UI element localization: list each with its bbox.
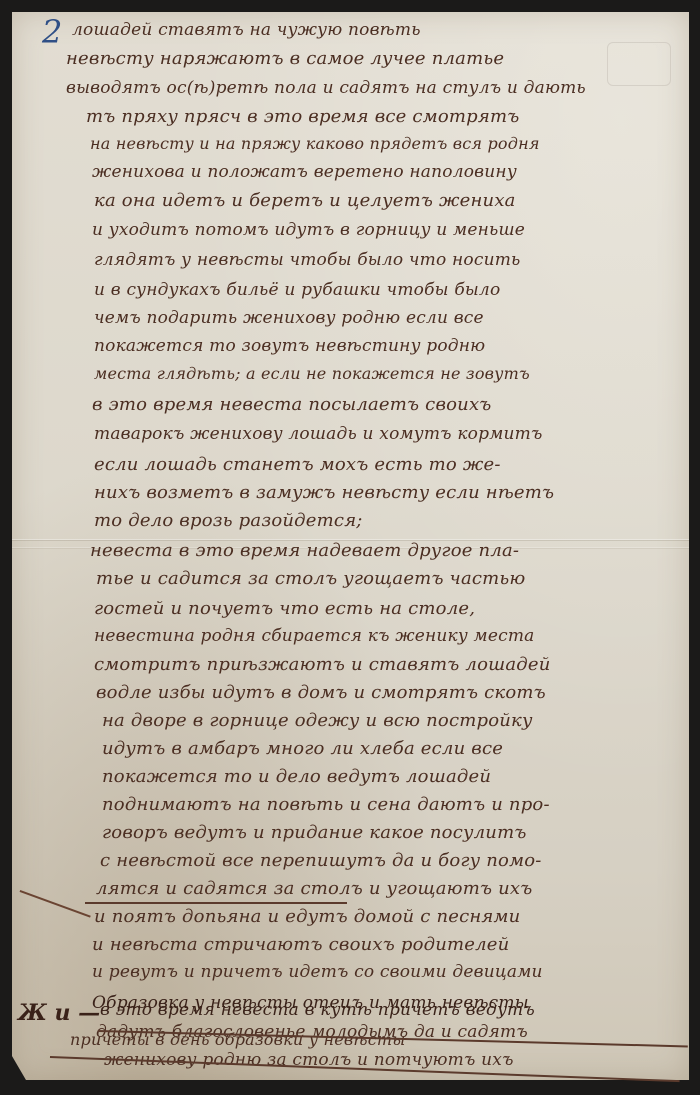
text-line: лятся и садятся за столъ и угощаютъ ихъ: [96, 880, 532, 898]
text-line: невестина родня сбирается къ женику мест…: [94, 628, 534, 645]
text-line: говоръ ведутъ и придание какое посулитъ: [102, 824, 527, 842]
text-line: места глядѣть; а если не покажется не зо…: [94, 366, 530, 382]
text-line: невѣсту наряжаютъ в самое лучее платье: [66, 50, 504, 68]
text-line: женихова и положатъ веретено наполовину: [92, 164, 517, 181]
text-line: поднимаютъ на повѣть и сена даютъ и про-: [102, 796, 550, 814]
library-stamp-watermark: [607, 42, 671, 86]
text-line: с невѣстой все перепишутъ да и богу помо…: [100, 852, 542, 870]
text-line: и в сундукахъ бильё и рубашки чтобы было: [94, 282, 500, 299]
text-line: и ревутъ и причетъ идетъ со своими девиц…: [92, 964, 543, 981]
text-line: таварокъ женихову лошадь и хомутъ кормит…: [94, 426, 542, 443]
text-line: тъ пряху прясч в это время все смотрятъ: [86, 108, 519, 126]
text-line: и невѣста стричаютъ своихъ родителей: [92, 936, 509, 954]
text-line: водле избы идутъ в домъ и смотрятъ скотъ: [96, 684, 546, 702]
text-line: чемъ подарить женихову родню если все: [94, 310, 484, 327]
text-line: ка она идетъ и беретъ и целуетъ жениха: [94, 192, 516, 210]
text-line: и поятъ допьяна и едутъ домой с песнями: [94, 908, 520, 926]
ink-underline: [85, 902, 347, 904]
text-line: на дворе в горнице одежу и всю постройку: [102, 712, 533, 730]
text-line: то дело врозь разойдется;: [94, 512, 363, 530]
text-line: выводятъ ос(ѣ)ретѣ пола и садятъ на стул…: [66, 80, 586, 97]
text-line: лошадей ставятъ на чужую повѣть: [72, 22, 421, 39]
text-line: нихъ возметъ в замужъ невѣсту если нѣетъ: [94, 484, 554, 502]
text-line: покажется то зовутъ невѣстину родню: [94, 338, 485, 355]
page-number: 2: [42, 16, 62, 48]
text-line: смотритъ приѣзжаютъ и ставятъ лошадей: [94, 656, 551, 674]
text-line: гостей и почуетъ что есть на столе,: [94, 600, 475, 618]
text-line: если лошадь станетъ мохъ есть то же-: [94, 456, 501, 474]
text-line: на невѣсту и на пряжу каково прядетъ вся…: [90, 136, 540, 152]
text-line: и уходитъ потомъ идутъ в горницу и меньш…: [92, 222, 525, 239]
text-line: невеста в это время надевает другое пла-: [90, 542, 519, 560]
scanned-document: 2 лошадей ставятъ на чужую повѣть невѣст…: [0, 0, 700, 1095]
text-line: в это время невеста посылаетъ своихъ: [92, 396, 492, 414]
text-line: глядятъ у невѣсты чтобы было что носить: [94, 252, 521, 269]
text-line: идутъ в амбаръ много ли хлеба если все: [102, 740, 503, 758]
text-line: покажется то и дело ведутъ лошадей: [102, 768, 491, 786]
margin-annotation: Ж и —: [18, 1000, 100, 1026]
text-line-underlined: в это время невеста в кутѣ причетъ ведут…: [100, 1002, 535, 1019]
text-line: тье и садится за столъ угощаетъ частью: [96, 570, 525, 588]
